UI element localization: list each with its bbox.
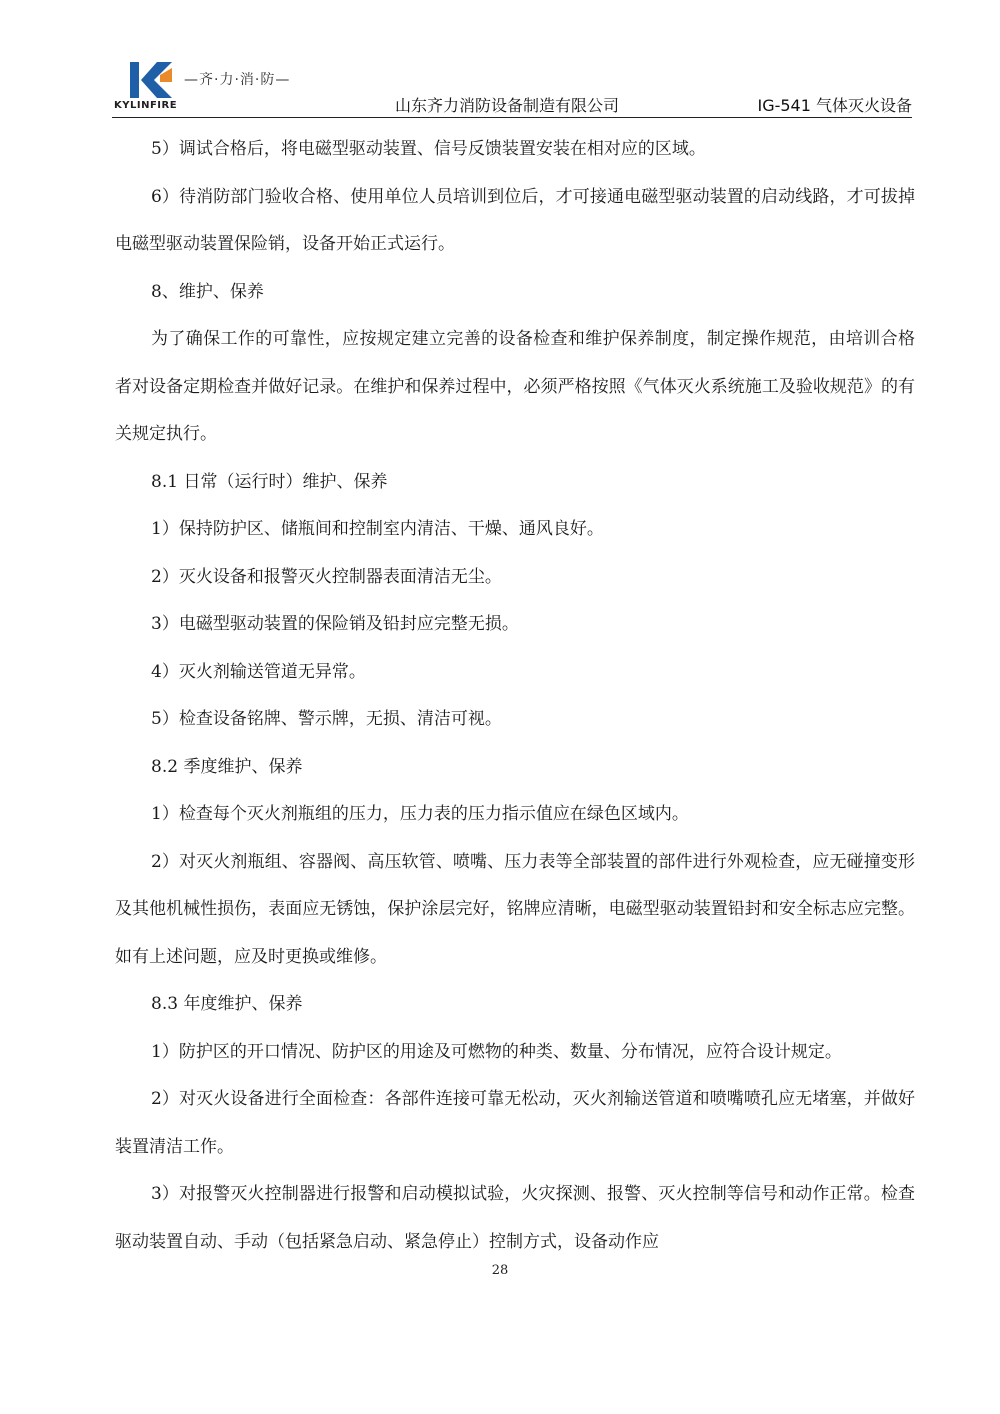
section-heading: 8、维护、保养 bbox=[115, 269, 915, 317]
kylinfire-logo-icon bbox=[130, 62, 172, 98]
list-item: 1）防护区的开口情况、防护区的用途及可燃物的种类、数量、分布情况，应符合设计规定… bbox=[115, 1029, 915, 1077]
product-name: IG-541 气体灭火设备 bbox=[757, 93, 912, 116]
list-item: 3）电磁型驱动装置的保险销及铅封应完整无损。 bbox=[115, 601, 915, 649]
paragraph: 6）待消防部门验收合格、使用单位人员培训到位后，才可接通电磁型驱动装置的启动线路… bbox=[115, 174, 915, 269]
section-heading: 8.3 年度维护、保养 bbox=[115, 981, 915, 1029]
list-item: 4）灭火剂输送管道无异常。 bbox=[115, 649, 915, 697]
list-item: 1）检查每个灭火剂瓶组的压力，压力表的压力指示值应在绿色区域内。 bbox=[115, 791, 915, 839]
paragraph: 5）调试合格后，将电磁型驱动装置、信号反馈装置安装在相对应的区域。 bbox=[115, 126, 915, 174]
list-item: 2）灭火设备和报警灭火控制器表面清洁无尘。 bbox=[115, 554, 915, 602]
slogan: —齐·力·消·防— bbox=[184, 69, 290, 89]
company-name: 山东齐力消防设备制造有限公司 bbox=[395, 93, 619, 116]
document-body: 5）调试合格后，将电磁型驱动装置、信号反馈装置安装在相对应的区域。 6）待消防部… bbox=[115, 126, 915, 1266]
page-header: KYLINFIRE —齐·力·消·防— 山东齐力消防设备制造有限公司 IG-54… bbox=[112, 55, 912, 119]
list-item: 5）检查设备铭牌、警示牌，无损、清洁可视。 bbox=[115, 696, 915, 744]
paragraph: 为了确保工作的可靠性，应按规定建立完善的设备检查和维护保养制度，制定操作规范，由… bbox=[115, 316, 915, 459]
list-item: 1）保持防护区、储瓶间和控制室内清洁、干燥、通风良好。 bbox=[115, 506, 915, 554]
list-item: 3）对报警灭火控制器进行报警和启动模拟试验，火灾探测、报警、灭火控制等信号和动作… bbox=[115, 1171, 915, 1266]
list-item: 2）对灭火设备进行全面检查：各部件连接可靠无松动，灭火剂输送管道和喷嘴喷孔应无堵… bbox=[115, 1076, 915, 1171]
header-divider bbox=[112, 117, 912, 118]
section-heading: 8.2 季度维护、保养 bbox=[115, 744, 915, 792]
section-heading: 8.1 日常（运行时）维护、保养 bbox=[115, 459, 915, 507]
list-item: 2）对灭火剂瓶组、容器阀、高压软管、喷嘴、压力表等全部装置的部件进行外观检查，应… bbox=[115, 839, 915, 982]
page-number: 28 bbox=[0, 1263, 1000, 1278]
logo-wordmark: KYLINFIRE bbox=[114, 100, 177, 111]
